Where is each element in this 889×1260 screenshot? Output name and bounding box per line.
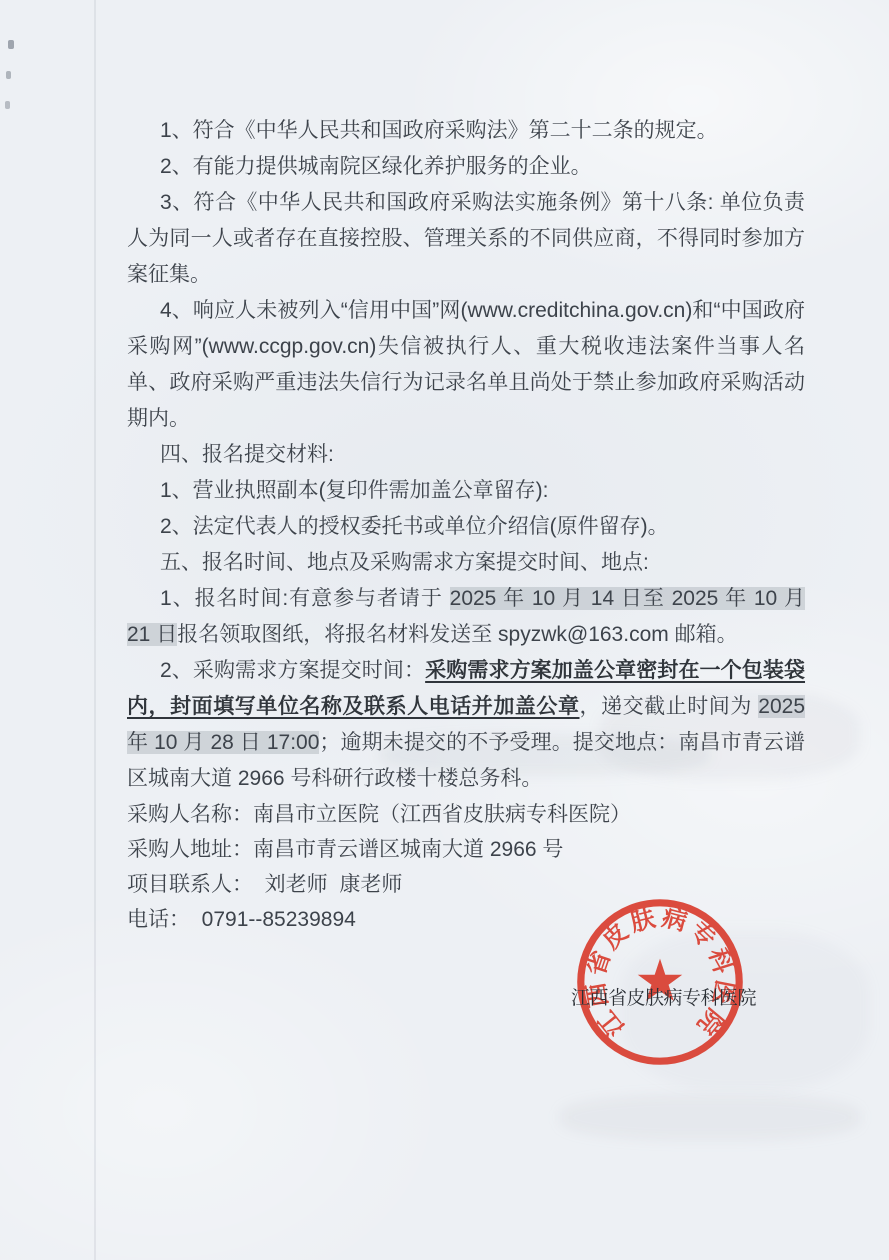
scan-speck [5, 101, 10, 109]
scan-bleedthrough [560, 1095, 860, 1140]
contact-line: 采购人名称：南昌市立医院（江西省皮肤病专科医院） [127, 797, 631, 832]
paragraph: 2、有能力提供城南院区绿化养护服务的企业。 [127, 149, 805, 185]
contact-line: 项目联系人： 刘老师 康老师 [127, 867, 631, 902]
contact-line: 电话： 0791--85239894 [127, 902, 631, 937]
paragraph: 1、报名时间:有意参与者请于 2025 年 10 月 14 日至 2025 年 … [127, 581, 805, 653]
scan-speck [6, 71, 11, 79]
text-run: 2、法定代表人的授权委托书或单位介绍信(原件留存)。 [160, 515, 669, 538]
text-run: 4、响应人未被列入“信用中国”网(www.creditchina.gov.cn)… [127, 299, 805, 430]
text-run: 1、符合《中华人民共和国政府采购法》第二十二条的规定。 [160, 119, 718, 142]
paragraph: 五、报名时间、地点及采购需求方案提交时间、地点: [127, 545, 805, 581]
text-run: 五、报名时间、地点及采购需求方案提交时间、地点: [160, 551, 649, 574]
seal-caption: 江西省皮肤病专科医院 [571, 983, 756, 1010]
seal-stamp-icon: 江西省皮肤病专科医院 [570, 892, 750, 1072]
text-run: ，递交截止时间为 [580, 695, 759, 718]
text-run: 1、报名时间:有意参与者请于 [160, 587, 450, 610]
paragraph: 3、符合《中华人民共和国政府采购法实施条例》第十八条: 单位负责人为同一人或者存… [127, 185, 805, 293]
contact-block: 采购人名称：南昌市立医院（江西省皮肤病专科医院）采购人地址：南昌市青云谱区城南大… [127, 797, 631, 937]
paragraph: 1、符合《中华人民共和国政府采购法》第二十二条的规定。 [127, 113, 805, 149]
official-seal: 江西省皮肤病专科医院 江西省皮肤病专科医院 [570, 892, 760, 1082]
text-run: 3、符合《中华人民共和国政府采购法实施条例》第十八条: 单位负责人为同一人或者存… [127, 191, 805, 286]
document-body: 1、符合《中华人民共和国政府采购法》第二十二条的规定。2、有能力提供城南院区绿化… [127, 113, 805, 797]
paragraph: 1、营业执照副本(复印件需加盖公章留存): [127, 473, 805, 509]
text-run: 1、营业执照副本(复印件需加盖公章留存): [160, 479, 549, 502]
text-run: 2、有能力提供城南院区绿化养护服务的企业。 [160, 155, 592, 178]
scanned-document-page: 1、符合《中华人民共和国政府采购法》第二十二条的规定。2、有能力提供城南院区绿化… [0, 0, 889, 1260]
contact-line: 采购人地址：南昌市青云谱区城南大道 2966 号 [127, 832, 631, 867]
text-run: 2、采购需求方案提交时间： [160, 659, 425, 682]
paragraph: 四、报名提交材料: [127, 437, 805, 473]
text-run: 报名领取图纸，将报名材料发送至 spyzwk@163.com 邮箱。 [177, 623, 737, 646]
text-run: 四、报名提交材料: [160, 443, 334, 466]
paragraph: 2、法定代表人的授权委托书或单位介绍信(原件留存)。 [127, 509, 805, 545]
paragraph: 4、响应人未被列入“信用中国”网(www.creditchina.gov.cn)… [127, 293, 805, 437]
scan-speck [8, 40, 14, 49]
scan-fold-line [94, 0, 96, 1260]
paragraph: 2、采购需求方案提交时间：采购需求方案加盖公章密封在一个包装袋内，封面填写单位名… [127, 653, 805, 797]
